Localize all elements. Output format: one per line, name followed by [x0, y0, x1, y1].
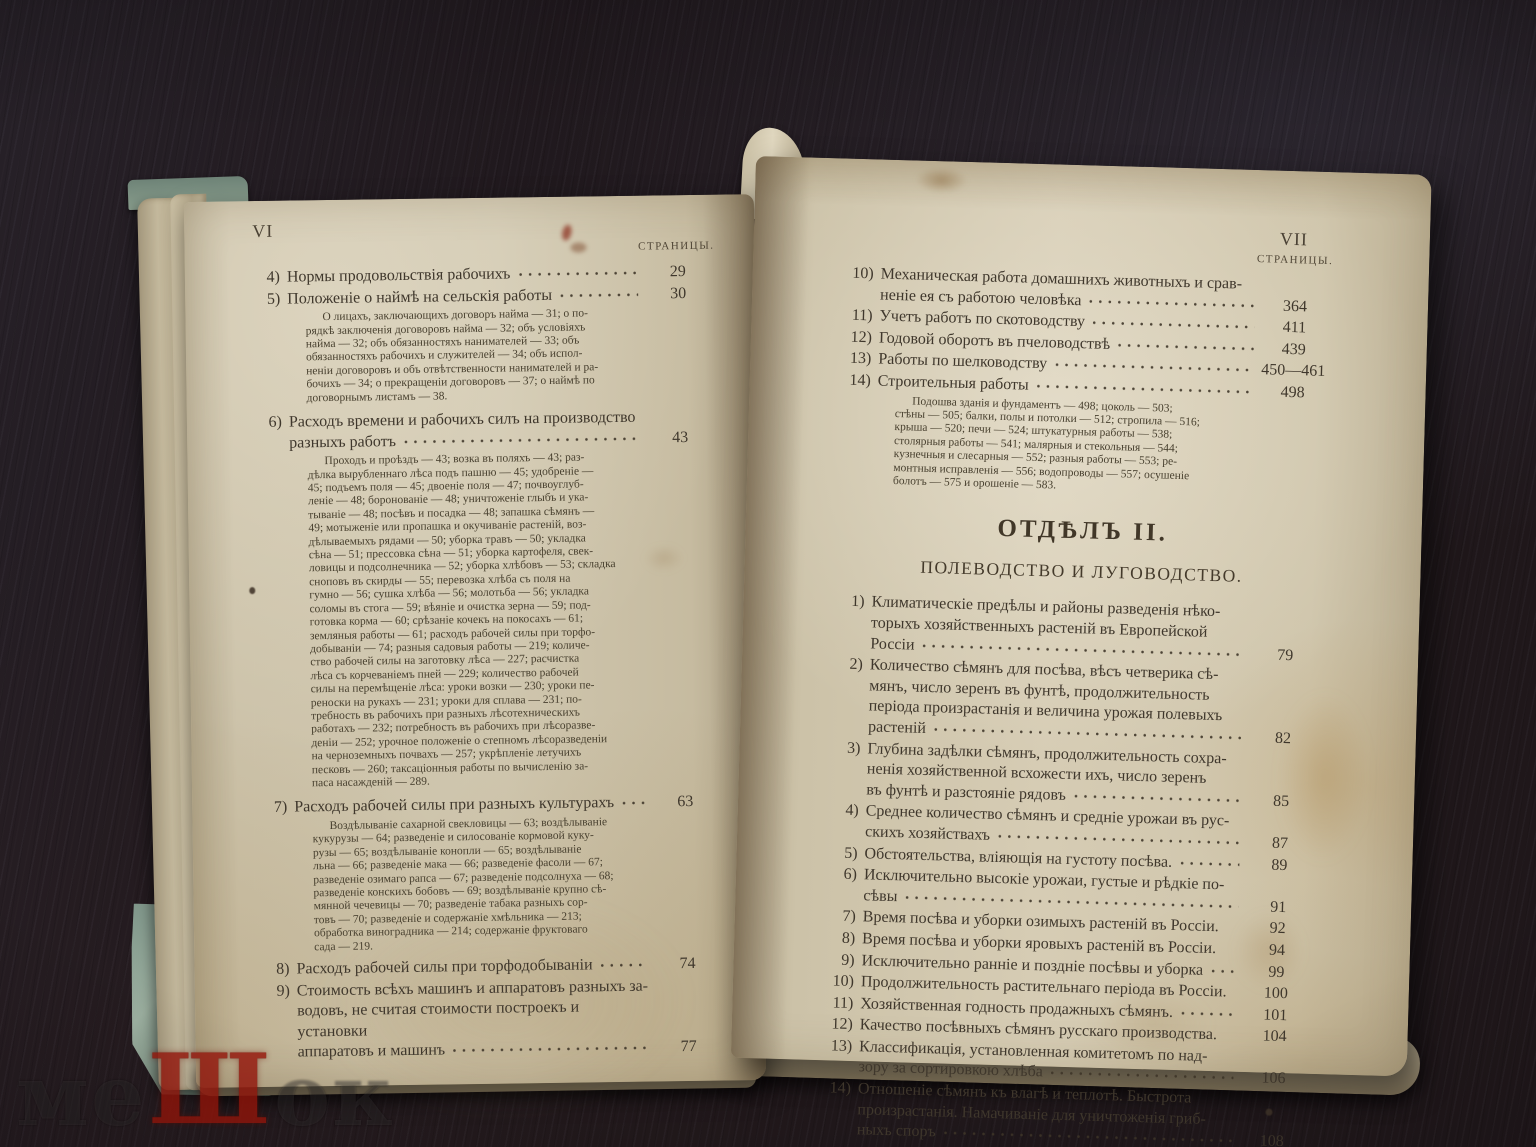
entry-number: 5) — [253, 289, 287, 310]
entry-number: 12) — [825, 1015, 860, 1037]
entry-page-number: 106 — [1236, 1068, 1311, 1091]
note-line: О лицахъ, заключающихъ договоръ найма — … — [305, 306, 693, 325]
entry-number: 13) — [824, 1036, 859, 1078]
watermark-prefix: ме — [16, 1054, 146, 1138]
entry-line-text: растеній — [868, 717, 926, 739]
note-line: льна — 66; разведеніе мака — 66; разведе… — [313, 855, 701, 874]
entry-line: разныхъ работъ — [289, 428, 643, 454]
entry-number: 4) — [831, 801, 866, 843]
entry-page-number: 100 — [1239, 983, 1314, 1006]
entry-page-number: 99 — [1239, 961, 1314, 984]
entry-page-number: 439 — [1257, 339, 1332, 362]
note-line: рузы — 65; воздѣлываніе конопли — 65; во… — [313, 842, 701, 861]
entry-number: 6) — [829, 864, 864, 906]
note-line: деніи — 252; урочное положеніе о степном… — [311, 732, 699, 751]
note-line: паса насажденій — 289. — [312, 772, 700, 791]
entry-page-number: 29 — [641, 262, 715, 284]
entry-line: Расходъ времени и рабочихъ силъ на произ… — [289, 408, 643, 434]
entry-line-text: скихъ хозяйствахъ — [865, 822, 990, 846]
note-line: земляныя работы — 61; расходъ рабочей си… — [310, 624, 698, 643]
entry-number: 14) — [843, 371, 878, 393]
entry-number: 13) — [844, 349, 879, 371]
entry-line-text: Нормы продовольствія рабочихъ — [287, 264, 511, 288]
stain — [644, 545, 684, 572]
entry-text: Положеніе о наймѣ на сельскія работы — [287, 284, 641, 310]
dot-leader — [399, 428, 641, 452]
note-line: найма — 32; объ обязанностяхъ нанимателе… — [306, 333, 694, 352]
dot-leader — [513, 263, 638, 285]
entry-number: 8) — [828, 928, 863, 950]
note-line: сноповъ въ скирды — 55; перевозка хлѣба … — [309, 571, 697, 590]
dot-leader — [1175, 853, 1240, 875]
note-line: товъ — 70; разведеніе и содержаніе хмѣль… — [314, 909, 702, 928]
toc-entry: 6)Расходъ времени и рабочихъ силъ на про… — [255, 407, 718, 455]
entry-number: 8) — [262, 960, 296, 981]
note-line: добываніи — 74; разныя садовыя работы — … — [310, 638, 698, 657]
entry-line-text: Строительныя работы — [877, 371, 1029, 396]
entry-page-number: 79 — [1248, 645, 1323, 668]
open-book: VI СТРАНИЦЫ. 4)Нормы продовольствія рабо… — [0, 0, 1536, 1147]
entry-page-number: 87 — [1243, 833, 1318, 856]
entry-number: 12) — [845, 327, 880, 349]
entry-number: 3) — [832, 738, 868, 801]
entry-text: Количество сѣмянъ для посѣва, вѣсъ четве… — [868, 656, 1248, 749]
entry-number: 5) — [830, 843, 865, 865]
entry-page-number: 77 — [652, 1037, 726, 1059]
entry-line-text: Россіи — [870, 634, 915, 656]
note-line: Проходъ и проѣздъ — 43; возка въ поляхъ … — [307, 450, 695, 469]
entry-page-number: 82 — [1246, 728, 1321, 751]
entry-page-number: 364 — [1258, 296, 1333, 319]
entry-text: Отношеніе сѣмянъ къ влагѣ и теплотѣ. Быс… — [857, 1079, 1237, 1147]
entry-number: 9) — [827, 950, 862, 972]
note-line: 45; подъемъ поля — 45; двоеніе поля — 47… — [308, 477, 696, 496]
entry-page-number: 91 — [1241, 897, 1316, 920]
entry-line: Стоимость всѣхъ машинъ и аппаратовъ разн… — [297, 976, 651, 1002]
toc-entry: 8)Расходъ рабочей силы при торфодобывані… — [262, 954, 724, 981]
left-page-content: VI СТРАНИЦЫ. 4)Нормы продовольствія рабо… — [252, 215, 726, 1065]
entry-page-number: 92 — [1240, 918, 1315, 941]
entry-page-number: 89 — [1242, 854, 1317, 877]
entry-page-number: 450—461 — [1256, 360, 1331, 383]
note-line: требность въ рабочихъ при разныхъ лѣсоте… — [311, 705, 699, 724]
entry-line: водовъ, не считая стоимости построекъ и … — [297, 997, 652, 1043]
entry-page-number: 94 — [1240, 940, 1315, 963]
note-line: дѣлка вырубленнаго лѣса подъ пашню — 45;… — [308, 464, 696, 483]
note-line: сада — 219. — [314, 935, 702, 954]
note-line: готовка корма — 60; срѣзаніе кочекъ на п… — [310, 611, 698, 630]
entry-number: 14) — [823, 1078, 859, 1141]
note-line: обработка виноградника — 214; содержаніе… — [314, 922, 702, 941]
entry-text: Климатическіе предѣлы и районы разведені… — [870, 593, 1250, 665]
note-line: 49; мотыженіе или пропашка и окучиваніе … — [308, 517, 696, 536]
toc-note: О лицахъ, заключающихъ договоръ найма — … — [305, 306, 694, 405]
note-line: лѣса съ корчеваніемъ пней — 229; количес… — [310, 665, 698, 684]
section-subtitle: ПОЛЕВОДСТВО И ЛУГОВОДСТВО. — [838, 555, 1324, 590]
entry-line-text: Положеніе о наймѣ на сельскія работы — [287, 285, 552, 309]
note-line: разведеніе озимаго рапса — 67; разведені… — [313, 868, 701, 887]
note-line: реноски на рукахъ — 231; уроки для сплав… — [311, 691, 699, 710]
toc-entry: 7)Расходъ рабочей силы при разныхъ культ… — [260, 792, 722, 819]
section-title: ОТДѢЛЪ II. — [839, 511, 1326, 553]
section-heading: ОТДѢЛЪ II. ПОЛЕВОДСТВО И ЛУГОВОДСТВО. — [838, 511, 1326, 590]
dot-leader — [595, 955, 647, 976]
entry-text: Нормы продовольствія рабочихъ — [287, 263, 641, 289]
entry-number: 1) — [836, 592, 872, 655]
note-line: на черноземныхъ почвахъ — 257; укрѣплені… — [312, 745, 700, 764]
stain — [561, 224, 573, 242]
entry-page-number: 108 — [1234, 1131, 1309, 1147]
toc-note: Проходъ и проѣздъ — 43; возка въ поляхъ … — [307, 450, 700, 791]
stain — [915, 166, 968, 193]
entry-page-number: 104 — [1237, 1026, 1312, 1049]
right-toc-entries-section: 1)Климатическіе предѣлы и районы разведе… — [823, 592, 1324, 1147]
dot-leader — [555, 284, 638, 306]
note-line: неніи договоровъ и объ отвѣтственности н… — [306, 360, 694, 379]
note-line: леніе — 48; боронованіе — 48; уничтожені… — [308, 490, 696, 509]
note-line: рядкѣ заключенія договоровъ найма — 32; … — [306, 320, 694, 339]
dot-leader — [1176, 1003, 1236, 1025]
entry-line: Положеніе о наймѣ на сельскія работы — [287, 284, 641, 310]
watermark-suffix: ок — [274, 1054, 395, 1138]
entry-page-number: 411 — [1257, 317, 1332, 340]
entry-line-text: ныхъ споръ — [857, 1120, 936, 1143]
note-line: обязанностяхъ рабочихъ и служителей — 34… — [306, 346, 694, 365]
entry-text: Расходъ рабочей силы при торфодобываніи — [296, 955, 650, 981]
stain — [249, 587, 255, 594]
entry-number: 7) — [260, 798, 294, 819]
entry-page-number: 101 — [1238, 1004, 1313, 1027]
entry-number: 7) — [828, 907, 863, 929]
entry-page-number: 74 — [650, 954, 724, 976]
dot-leader — [448, 1038, 649, 1061]
entry-page-number: 85 — [1244, 791, 1319, 814]
note-line: тываніе — 48; посѣвъ и посадка — 48; зап… — [308, 504, 696, 523]
dot-leader — [1206, 960, 1237, 981]
note-line: кукурузы — 64; разведеніе и силосованіе … — [313, 828, 701, 847]
left-toc-entries: 4)Нормы продовольствія рабочихъ295)Полож… — [253, 262, 726, 1064]
note-line: дѣлываемыхъ рядами — 50; уборка травъ — … — [309, 531, 697, 550]
entry-page-number: 30 — [641, 283, 715, 305]
note-line: договорнымъ листамъ — 38. — [307, 387, 695, 406]
note-line: ловицы и подсолнечника — 52; уборка хлѣб… — [309, 557, 697, 576]
watermark-highlight: Ш — [148, 1042, 272, 1138]
entry-number: 11) — [826, 993, 861, 1015]
dot-leader — [617, 793, 646, 814]
dot-leader — [1113, 335, 1254, 360]
entry-number: 6) — [255, 413, 290, 455]
entry-number: 2) — [834, 655, 870, 738]
toc-entry: 2)Количество сѣмянъ для посѣва, вѣсъ чет… — [834, 655, 1322, 751]
left-pages-column-header: СТРАНИЦЫ. — [252, 240, 714, 258]
entry-text: Расходъ рабочей силы при разныхъ культур… — [294, 793, 648, 819]
toc-entry: 4)Нормы продовольствія рабочихъ29 — [253, 262, 715, 289]
note-line: ство рабочей силы на заготовку лѣса — 22… — [310, 651, 698, 670]
left-page: VI СТРАНИЦЫ. 4)Нормы продовольствія рабо… — [184, 194, 766, 1088]
note-line: сѣна — 51; прессовка сѣна — 51; уборка к… — [309, 544, 697, 563]
left-folio-number: VI — [252, 215, 714, 242]
note-line: гумно — 56; сушка хлѣба — 56; молотьба —… — [309, 584, 697, 603]
toc-note: Воздѣлываніе сахарной свекловицы — 63; в… — [312, 815, 702, 954]
note-line: силы на перемѣщеніе лѣса: уроки возки — … — [311, 678, 699, 697]
note-line: мянной чечевицы — 70; разведеніе табака … — [314, 895, 702, 914]
right-toc-entries-top: 10)Механическая работа домашнихъ животны… — [841, 264, 1333, 501]
stain — [570, 242, 586, 252]
right-page: VII СТРАНИЦЫ. 10)Механическая работа дом… — [731, 156, 1432, 1077]
entry-line: Нормы продовольствія рабочихъ — [287, 263, 641, 289]
entry-line-text: разныхъ работъ — [289, 432, 396, 454]
entry-page-number: 498 — [1255, 382, 1330, 405]
note-line: соломы въ стога — 59; вѣяніе и очистка з… — [309, 598, 697, 617]
entry-number: 10) — [827, 971, 862, 993]
entry-line-text: Расходъ рабочей силы при разныхъ культур… — [294, 793, 614, 818]
note-line: песковъ — 260; таксаціонныя работы по вы… — [312, 758, 700, 777]
note-line: бочихъ — 34; о прекращеніи договоровъ — … — [306, 373, 694, 392]
entry-number: 11) — [845, 306, 880, 328]
note-line: Воздѣлываніе сахарной свекловицы — 63; в… — [312, 815, 700, 834]
entry-line-text: сѣвы — [863, 886, 898, 908]
entry-number: 10) — [846, 264, 881, 306]
toc-note: Подошва зданія и фундаментъ — 498; цокол… — [893, 395, 1283, 500]
note-line: разведеніе конскихъ бобовъ — 69; воздѣлы… — [313, 882, 701, 901]
entry-line: Расходъ рабочей силы при разныхъ культур… — [294, 793, 648, 819]
entry-line: Расходъ рабочей силы при торфодобываніи — [296, 955, 650, 981]
right-page-content: VII СТРАНИЦЫ. 10)Механическая работа дом… — [823, 217, 1335, 1147]
watermark: ме Ш ок — [16, 1042, 395, 1138]
entry-number: 4) — [253, 268, 287, 289]
entry-page-number: 43 — [643, 427, 717, 449]
entry-page-number: 63 — [648, 792, 722, 814]
entry-text: Глубина задѣлки сѣмянъ, продолжительност… — [866, 739, 1246, 811]
note-line: работахъ — 232; потребность въ рабочихъ … — [311, 718, 699, 737]
toc-entry: 5)Положеніе о наймѣ на сельскія работы30 — [253, 283, 715, 310]
entry-text: Расходъ времени и рабочихъ силъ на произ… — [289, 408, 644, 454]
entry-line-text: Расходъ рабочей силы при торфодобываніи — [296, 955, 592, 980]
